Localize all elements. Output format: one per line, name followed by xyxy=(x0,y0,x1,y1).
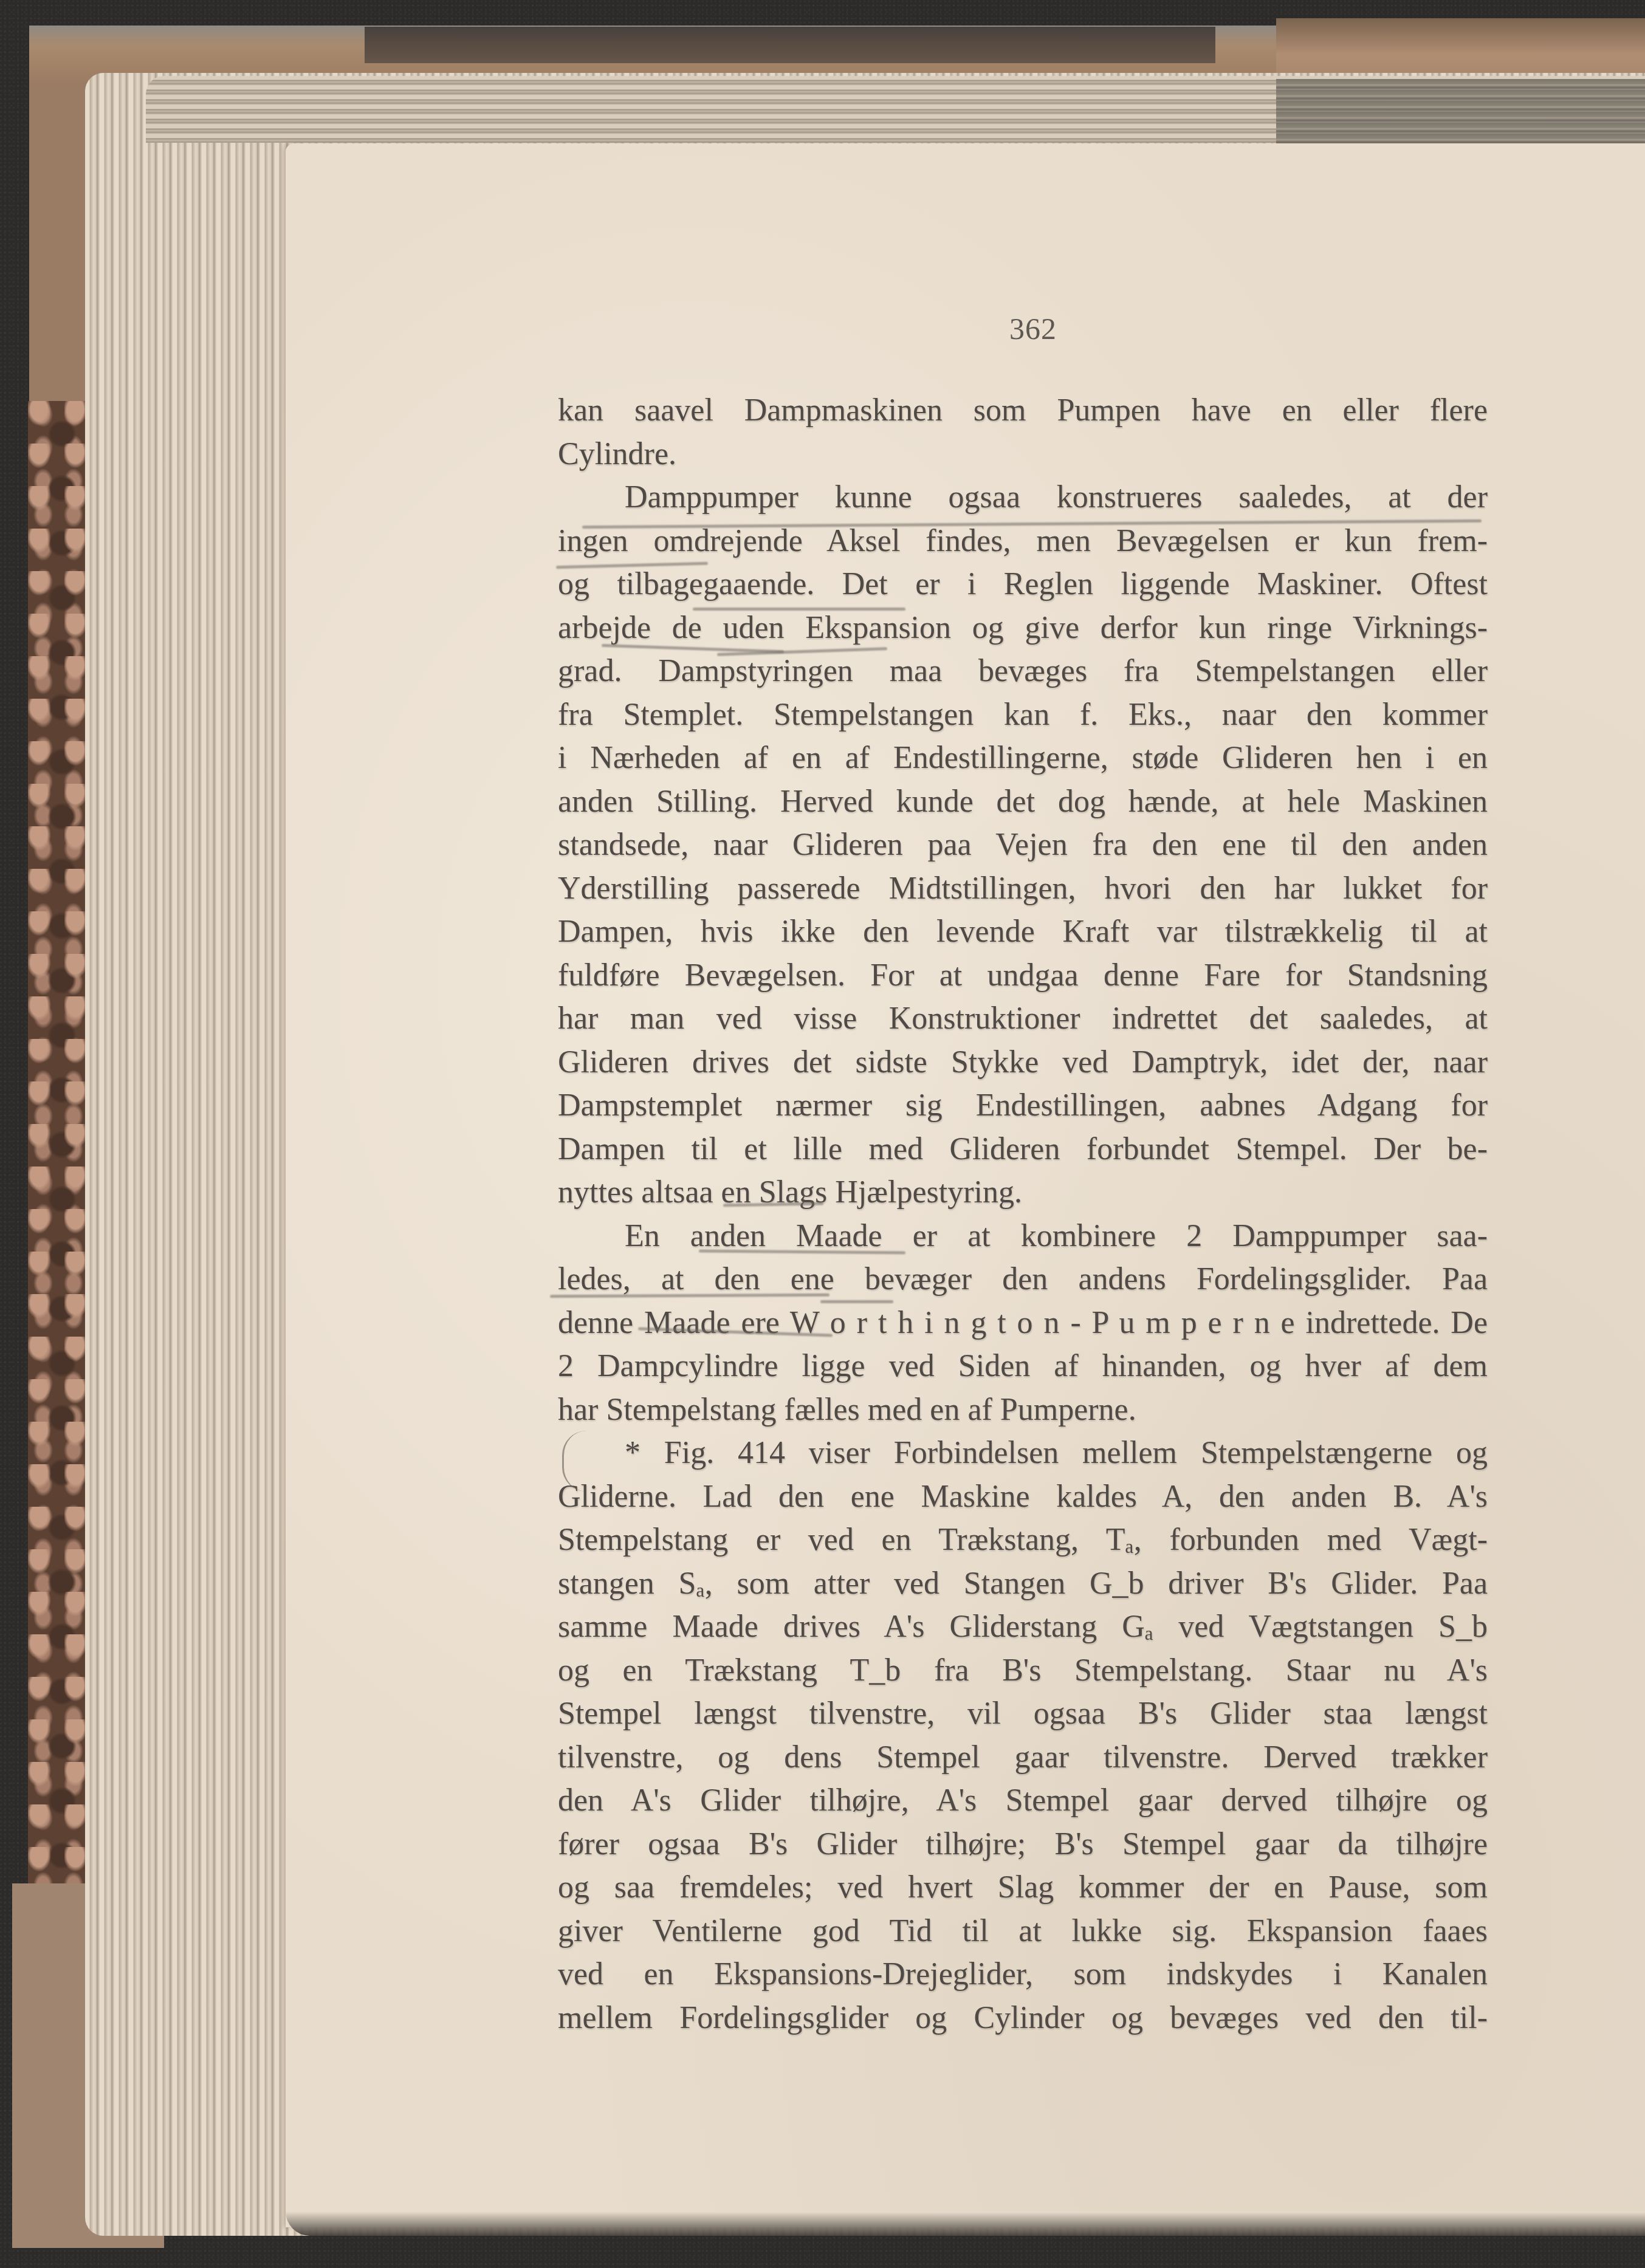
text-line: kan saavel Dampmaskinen som Pumpen have … xyxy=(558,389,1488,433)
pencil-underline xyxy=(693,608,905,611)
text-line: giver Ventilerne god Tid til at lukke si… xyxy=(558,1910,1488,1953)
text-line: og saa fremdeles; ved hvert Slag kommer … xyxy=(558,1866,1488,1910)
text-line: Gliderne. Lad den ene Maskine kaldes A, … xyxy=(558,1475,1488,1519)
text-line: fører ogsaa B's Glider tilhøjre; B's Ste… xyxy=(558,1823,1488,1866)
pencil-underline xyxy=(820,1300,893,1303)
text-line: anden Stilling. Herved kunde det dog hæn… xyxy=(558,780,1488,824)
marbled-cover-band xyxy=(28,401,89,1883)
page-stack-top-right xyxy=(1276,79,1645,146)
page-number: 362 xyxy=(972,311,1094,346)
text-line: tilvenstre, og dens Stempel gaar tilvens… xyxy=(558,1736,1488,1780)
text-line: har Stempelstang fælles med en af Pumper… xyxy=(558,1388,1488,1432)
text-line: Stempelstang er ved en Trækstang, Tₐ, fo… xyxy=(558,1518,1488,1562)
text-line: grad. Dampstyringen maa bevæges fra Stem… xyxy=(558,649,1488,693)
text-line: Glideren drives det sidste Stykke ved Da… xyxy=(558,1041,1488,1084)
text-line: Cylindre. xyxy=(558,433,1488,476)
text-line: * Fig. 414 viser Forbindelsen mellem Ste… xyxy=(558,1431,1488,1475)
text-line: stangen Sₐ, som atter ved Stangen G_b dr… xyxy=(558,1562,1488,1606)
body-text: kan saavel Dampmaskinen som Pumpen have … xyxy=(558,389,1488,2040)
text-line: Dampen til et lille med Glideren forbund… xyxy=(558,1128,1488,1171)
text-line: Dampstemplet nærmer sig Endestillingen, … xyxy=(558,1084,1488,1128)
text-line: 2 Dampcylindre ligge ved Siden af hinand… xyxy=(558,1345,1488,1388)
text-line: har man ved visse Konstruktioner indrett… xyxy=(558,997,1488,1041)
text-line: standsede, naar Glideren paa Vejen fra d… xyxy=(558,823,1488,867)
text-line: denne Maade ere W o r t h i n g t o n - … xyxy=(558,1301,1488,1345)
text-line: fra Stemplet. Stempelstangen kan f. Eks.… xyxy=(558,693,1488,737)
text-line: En anden Maade er at kombinere 2 Damppum… xyxy=(558,1215,1488,1258)
text-line: ved en Ekspansions-Drejeglider, som inds… xyxy=(558,1953,1488,1996)
text-line: Dampen, hvis ikke den levende Kraft var … xyxy=(558,910,1488,954)
text-line: arbejde de uden Ekspansion og give derfo… xyxy=(558,606,1488,650)
page-bottom-shadow xyxy=(286,2211,1645,2236)
text-line: den A's Glider tilhøjre, A's Stempel gaa… xyxy=(558,1779,1488,1823)
text-line: i Nærheden af en af Endestillingerne, st… xyxy=(558,736,1488,780)
text-line: Stempel længst tilvenstre, vil ogsaa B's… xyxy=(558,1692,1488,1736)
text-line: samme Maade drives A's Gliderstang Gₐ ve… xyxy=(558,1605,1488,1649)
text-line: Damppumper kunne ogsaa konstrueres saale… xyxy=(558,476,1488,519)
text-line: mellem Fordelingsglider og Cylinder og b… xyxy=(558,1996,1488,2040)
text-line: og tilbagegaaende. Det er i Reglen ligge… xyxy=(558,563,1488,606)
text-line: og en Trækstang T_b fra B's Stempelstang… xyxy=(558,1649,1488,1693)
text-line: fuldføre Bevægelsen. For at undgaa denne… xyxy=(558,954,1488,998)
text-line: Yderstilling passerede Midtstillingen, h… xyxy=(558,867,1488,911)
text-line: nyttes altsaa en Slags Hjælpestyring. xyxy=(558,1171,1488,1215)
book-cover-worn-area xyxy=(365,27,1215,63)
